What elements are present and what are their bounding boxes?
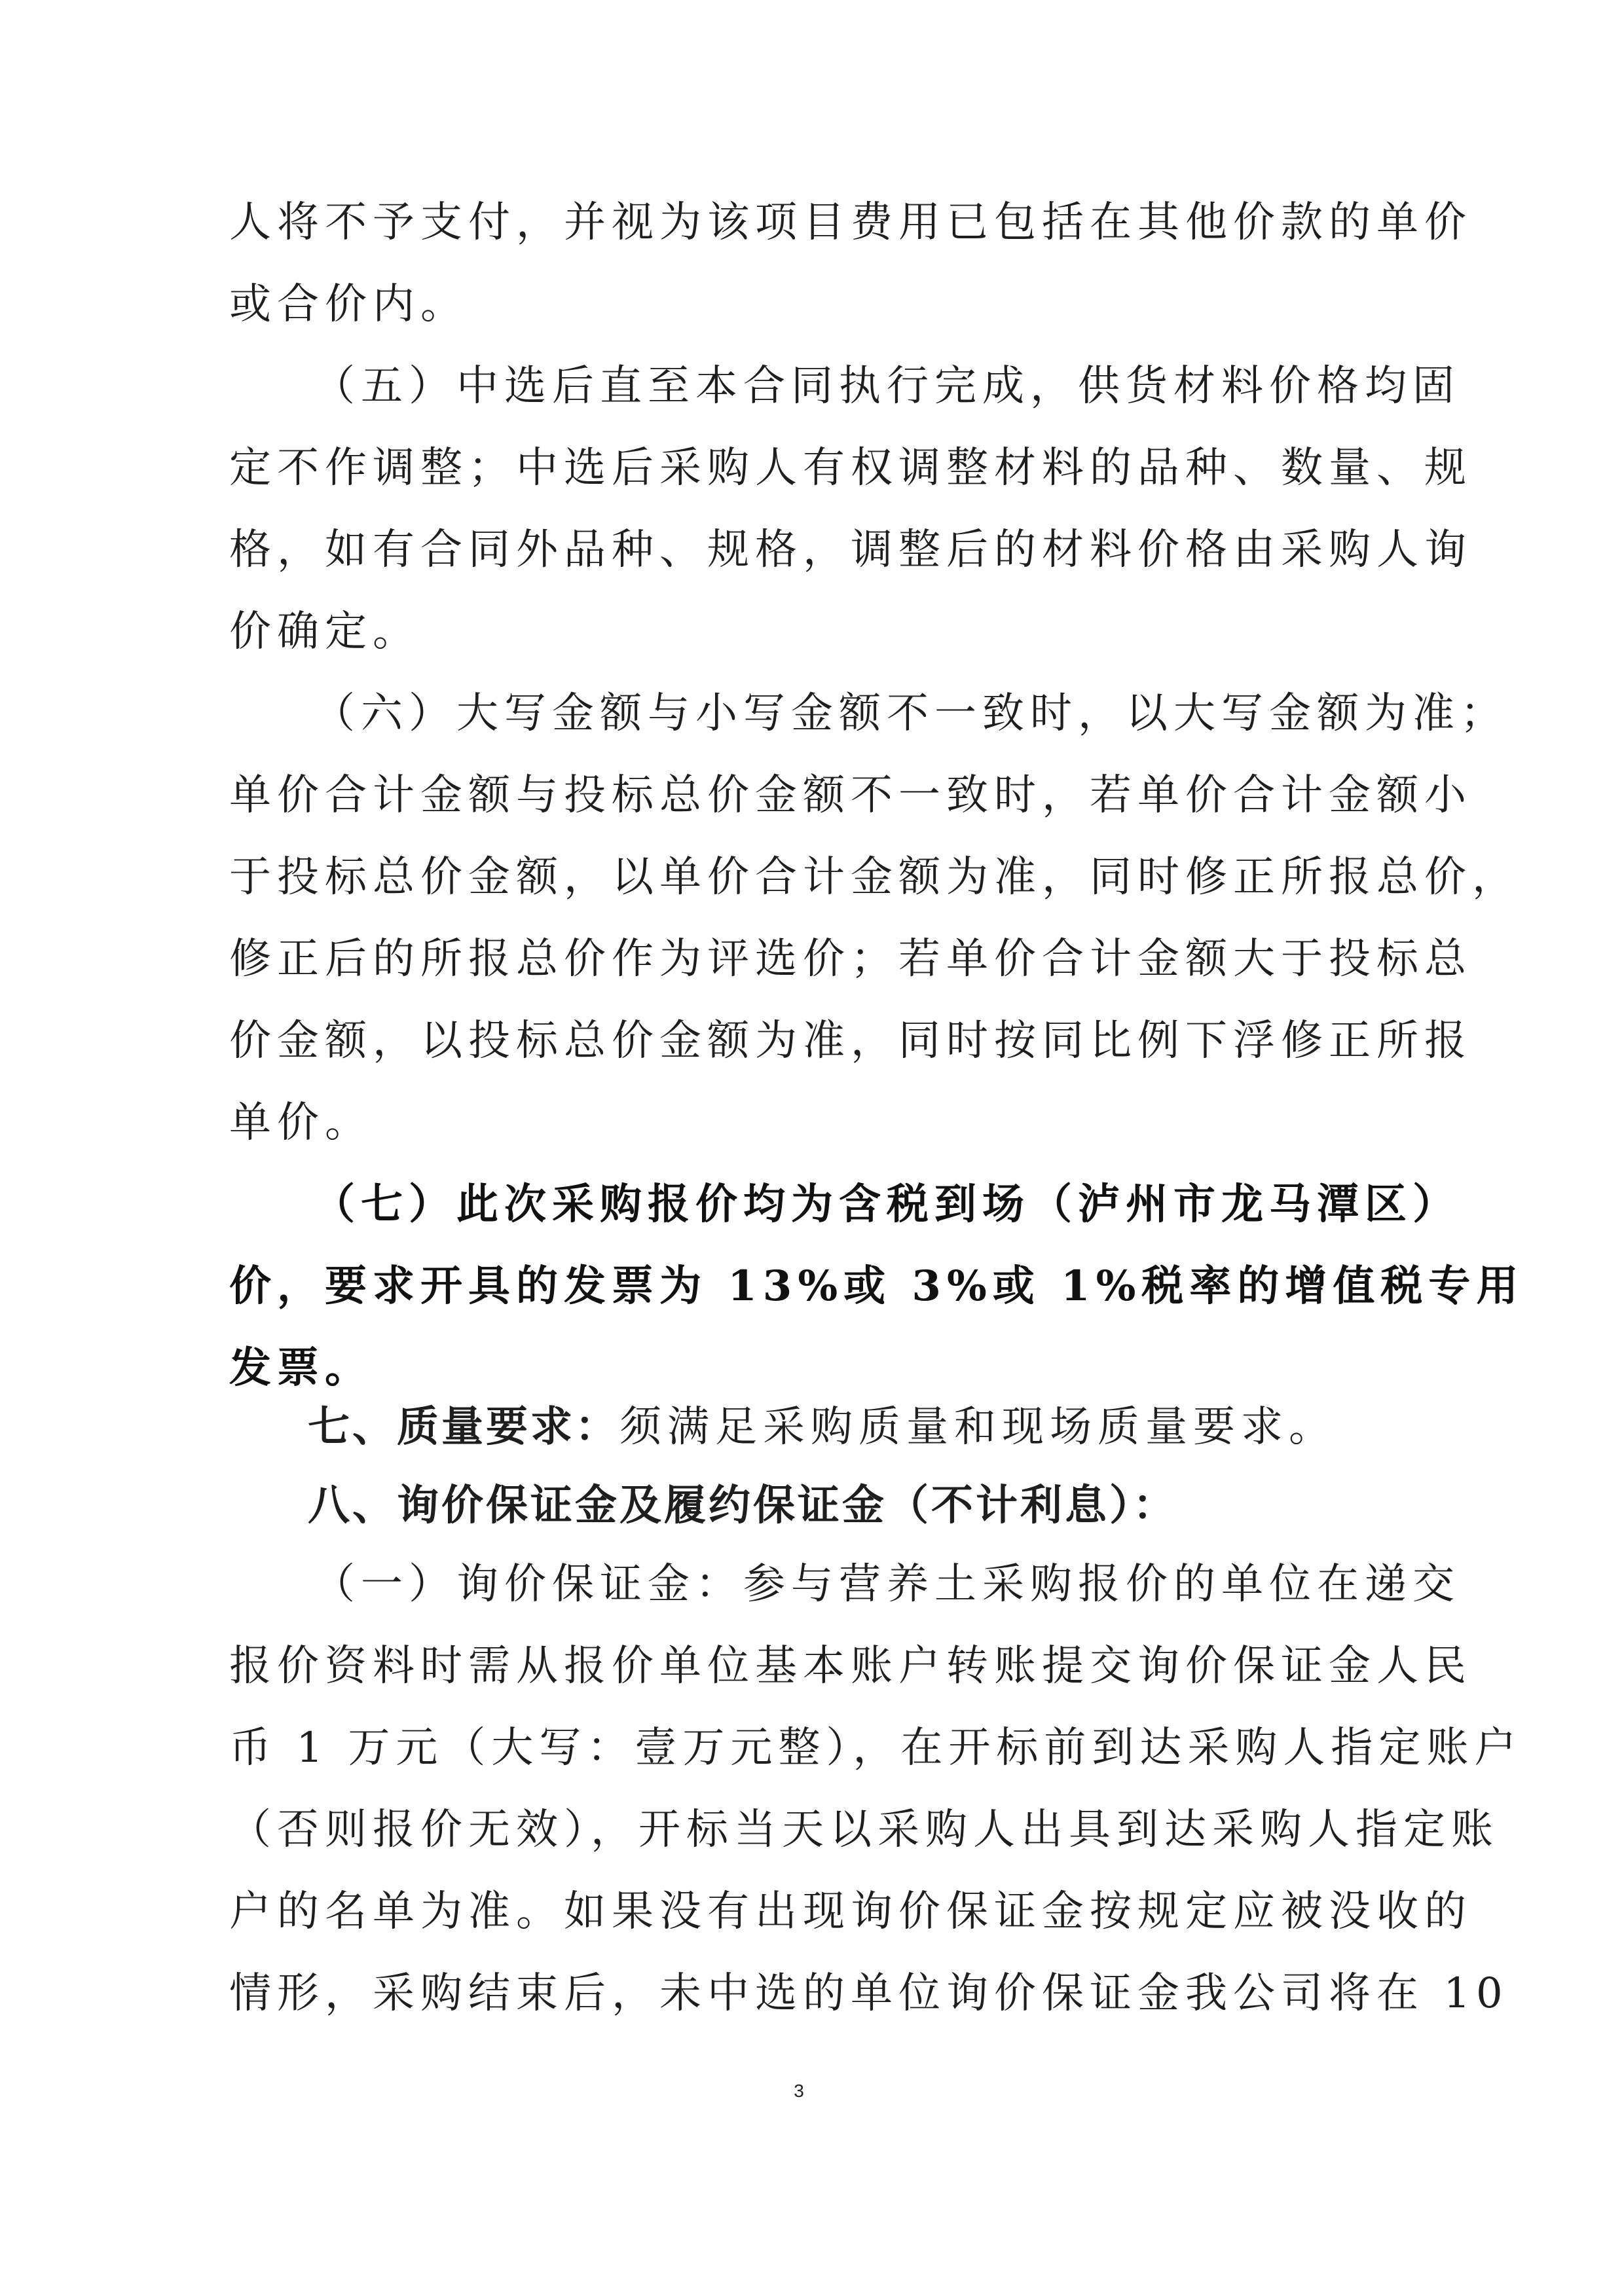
text-line: 单价。 [229, 1090, 1369, 1156]
text-line: 户的名单为准。如果没有出现询价保证金按规定应被没收的 [229, 1879, 1369, 1944]
text-line: 格，如有合同外品种、规格，调整后的材料价格由采购人询 [229, 517, 1369, 583]
section-heading-quality: 七、质量要求：须满足采购质量和现场质量要求。 [308, 1394, 1369, 1460]
text-line: 价金额，以投标总价金额为准，同时按同比例下浮修正所报 [229, 1008, 1369, 1074]
page-number: 3 [786, 2081, 812, 2102]
section-heading-label: 七、质量要求： [308, 1403, 619, 1451]
text-line: 修正后的所报总价作为评选价；若单价合计金额大于投标总 [229, 926, 1369, 992]
text-line: 币 1 万元（大写：壹万元整），在开标前到达采购人指定账户 [229, 1715, 1369, 1781]
text-line: 情形，采购结束后，未中选的单位询价保证金我公司将在 10 [229, 1961, 1369, 2026]
text-line: （五）中选后直至本合同执行完成，供货材料价格均固 [313, 354, 1369, 419]
text-line: （六）大写金额与小写金额不一致时，以大写金额为准； [313, 681, 1369, 746]
text-line-bold: 发票。 [229, 1336, 1369, 1401]
text-line: （否则报价无效），开标当天以采购人出具到达采购人指定账 [229, 1797, 1369, 1863]
text-line: 单价合计金额与投标总价金额不一致时，若单价合计金额小 [229, 763, 1369, 828]
document-page: 人将不予支付，并视为该项目费用已包括在其他价款的单价 或合价内。 （五）中选后直… [0, 0, 1624, 2296]
section-body-text: 须满足采购质量和现场质量要求。 [619, 1403, 1337, 1451]
section-heading-deposit: 八、询价保证金及履约保证金（不计利息）： [308, 1473, 1369, 1539]
text-line-bold: （七）此次采购报价均为含税到场（泸州市龙马潭区） [313, 1172, 1369, 1237]
text-line: 或合价内。 [229, 272, 1369, 337]
text-line-bold: 价，要求开具的发票为 13%或 3%或 1%税率的增值税专用 [229, 1254, 1369, 1319]
text-line: 于投标总价金额，以单价合计金额为准，同时修正所报总价， [229, 845, 1369, 910]
text-line: （一）询价保证金：参与营养土采购报价的单位在递交 [313, 1552, 1369, 1617]
text-line: 价确定。 [229, 599, 1369, 665]
text-line: 定不作调整；中选后采购人有权调整材料的品种、数量、规 [229, 435, 1369, 501]
text-line: 人将不予支付，并视为该项目费用已包括在其他价款的单价 [229, 190, 1369, 255]
text-line: 报价资料时需从报价单位基本账户转账提交询价保证金人民 [229, 1633, 1369, 1699]
